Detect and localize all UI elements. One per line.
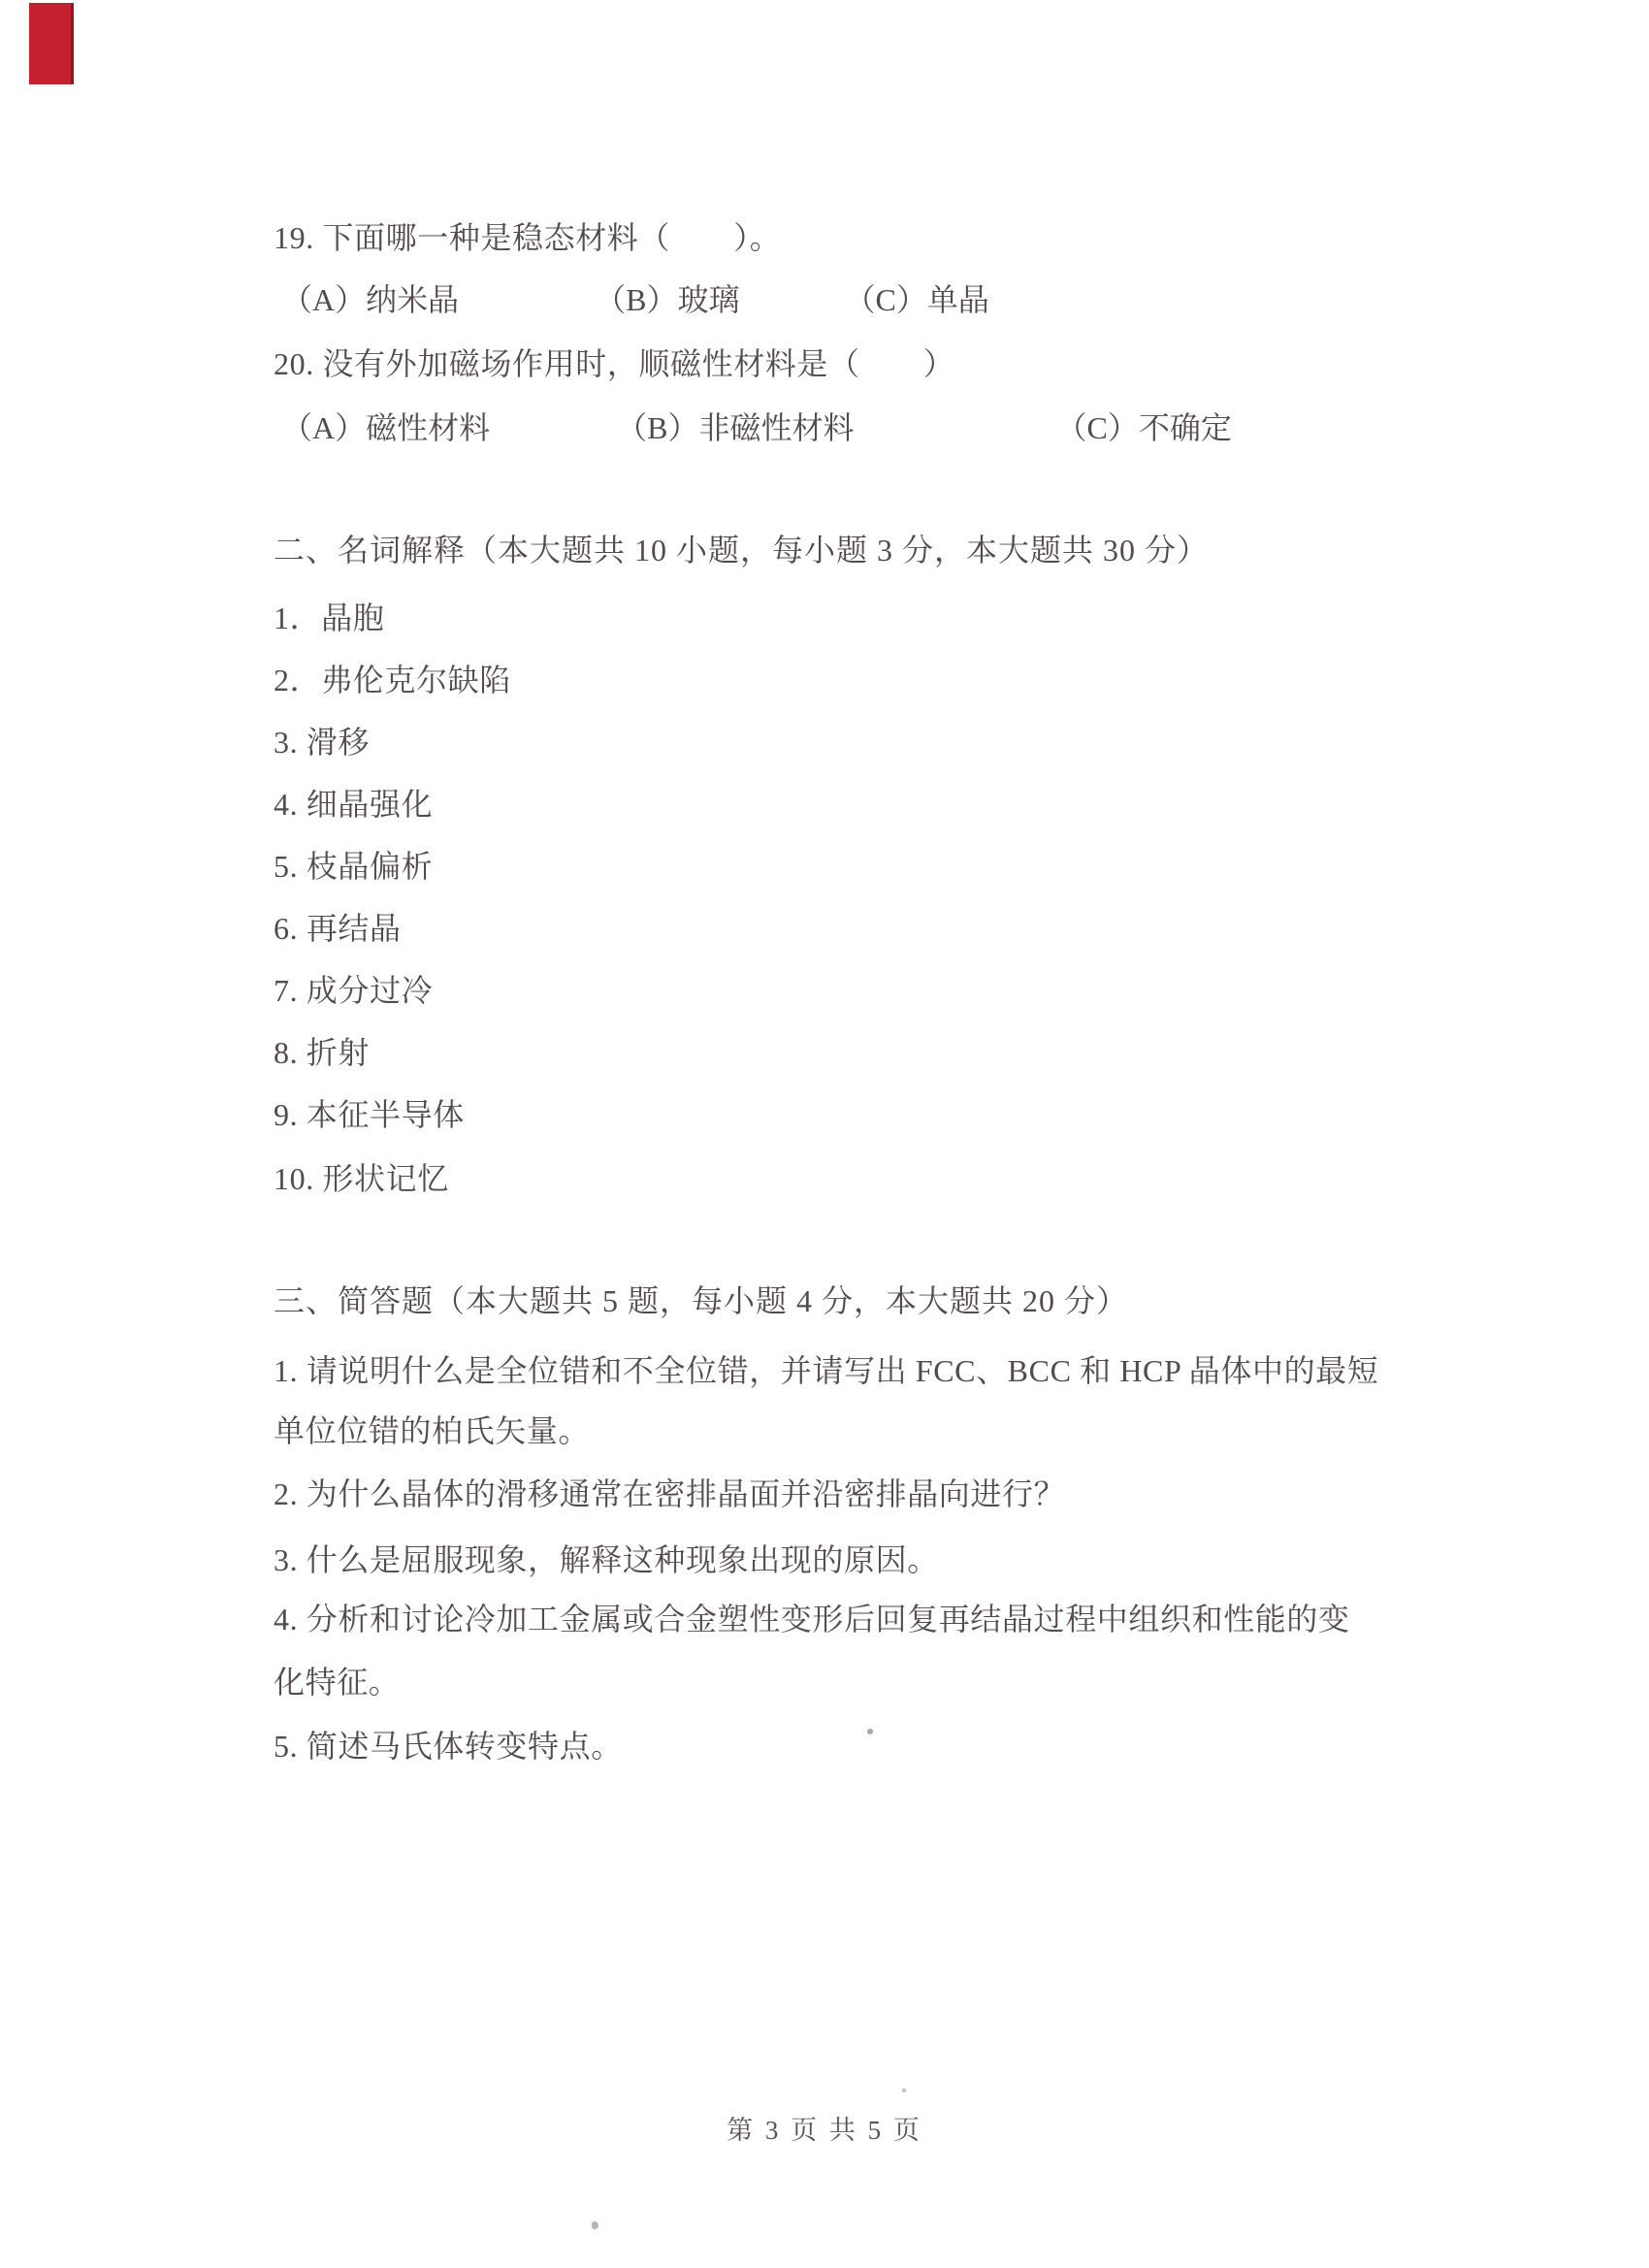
term-item-2: 2．弗伦克尔缺陷 [274,662,511,698]
q20-option-c: （C）不确定 [1055,409,1231,446]
page-number-footer: 第 3 页 共 5 页 [0,2109,1649,2147]
question-20: 20. 没有外加磁场作用时，顺磁性材料是（ ） [274,345,954,382]
question-19: 19. 下面哪一种是稳态材料（ ）。 [274,219,781,256]
short-answer-4-line-1: 4. 分析和讨论冷加工金属或合金塑性变形后回复再结晶过程中组织和性能的变 [274,1601,1350,1637]
term-item-8: 8. 折射 [274,1034,370,1071]
term-item-10: 10. 形状记忆 [274,1160,449,1197]
term-item-5: 5. 枝晶偏析 [274,848,433,885]
section-3-heading: 三、简答题（本大题共 5 题，每小题 4 分，本大题共 20 分） [274,1282,1128,1319]
term-item-9: 9. 本征半导体 [274,1096,465,1133]
term-item-1: 1．晶胞 [274,599,384,636]
scanned-exam-page: 19. 下面哪一种是稳态材料（ ）。 （A）纳米晶 （B）玻璃 （C）单晶 20… [0,0,1649,2268]
term-item-6: 6. 再结晶 [274,910,402,947]
q20-option-b: （B）非磁性材料 [616,409,854,446]
short-answer-3: 3. 什么是屈服现象，解释这种现象出现的原因。 [274,1541,939,1578]
scan-speck [867,1729,873,1734]
scan-speck [902,2089,906,2092]
term-item-3: 3. 滑移 [274,724,370,761]
section-2-heading: 二、名词解释（本大题共 10 小题，每小题 3 分，本大题共 30 分） [274,532,1209,568]
short-answer-1-line-1: 1. 请说明什么是全位错和不全位错，并请写出 FCC、BCC 和 HCP 晶体中… [274,1352,1378,1389]
short-answer-2: 2. 为什么晶体的滑移通常在密排晶面并沿密排晶向进行？ [274,1475,1065,1512]
question-20-options: （A）磁性材料 （B）非磁性材料 （C）不确定 [281,409,1232,446]
q19-option-c: （C）单晶 [844,281,988,318]
q19-option-a: （A）纳米晶 [281,281,459,318]
q19-option-b: （B）玻璃 [595,281,739,318]
term-item-4: 4. 细晶强化 [274,786,433,823]
question-19-options: （A）纳米晶 （B）玻璃 （C）单晶 [281,281,989,318]
scan-speck [592,2221,598,2229]
short-answer-1-line-2: 单位位错的柏氏矢量。 [274,1412,590,1449]
term-item-7: 7. 成分过冷 [274,972,433,1009]
short-answer-5: 5. 简述马氏体转变特点。 [274,1728,623,1765]
short-answer-4-line-2: 化特征。 [274,1664,400,1701]
q20-option-a: （A）磁性材料 [281,409,490,446]
scan-artifact-red-bar [29,3,74,84]
